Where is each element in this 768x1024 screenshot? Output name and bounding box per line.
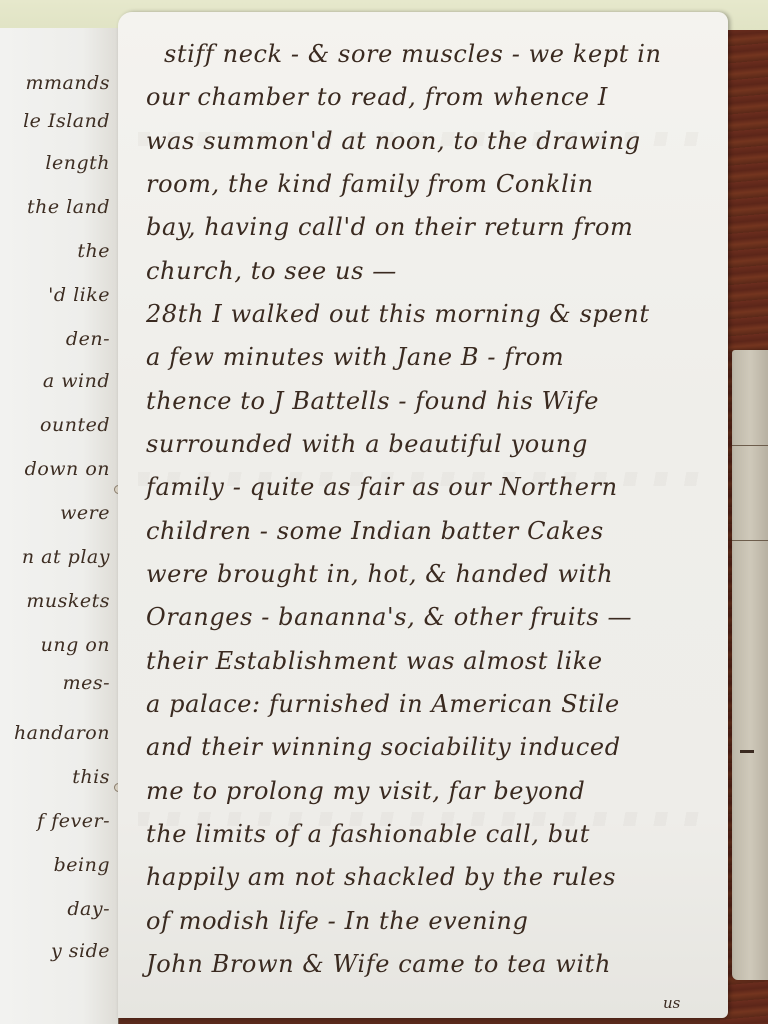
manuscript-line: Oranges - bananna's, & other fruits — — [146, 603, 632, 631]
manuscript-line: was summon'd at noon, to the drawing — [146, 127, 641, 155]
manuscript-line: church, to see us — — [146, 257, 397, 285]
manuscript-line: were brought in, hot, & handed with — [146, 560, 613, 588]
manuscript-line: family - quite as fair as our Northern — [146, 473, 618, 501]
left-line: y side — [51, 940, 110, 962]
loose-paper-fragment — [732, 350, 768, 980]
left-line: mes- — [63, 672, 110, 694]
manuscript-line: me to prolong my visit, far beyond — [146, 777, 585, 805]
left-line: the — [77, 240, 110, 262]
left-line: being — [54, 854, 110, 876]
left-line: ounted — [40, 414, 110, 436]
manuscript-line: their Establishment was almost like — [146, 647, 603, 675]
manuscript-line: bay, having call'd on their return from — [146, 213, 633, 241]
ink-spot — [740, 750, 754, 753]
tear-line — [732, 445, 768, 446]
manuscript-line: a few minutes with Jane B - from — [146, 343, 564, 371]
right-page: stiff neck - & sore muscles - we kept in… — [118, 12, 728, 1018]
catchword: us — [663, 994, 680, 1012]
left-line: day- — [67, 898, 110, 920]
manuscript-line: surrounded with a beautiful young — [146, 430, 588, 458]
manuscript-line-dated-entry: 28th I walked out this morning & spent — [146, 300, 650, 328]
left-line: muskets — [26, 590, 110, 612]
manuscript-line: the limits of a fashionable call, but — [146, 820, 590, 848]
left-line: handaron — [14, 722, 110, 744]
manuscript-line: John Brown & Wife came to tea with — [146, 950, 611, 978]
left-line: ung on — [41, 634, 110, 656]
left-line: le Island — [23, 110, 110, 132]
manuscript-line: thence to J Battells - found his Wife — [146, 387, 599, 415]
manuscript-line: of modish life - In the evening — [146, 907, 528, 935]
left-line: mmands — [25, 72, 110, 94]
manuscript-line: our chamber to read, from whence I — [146, 83, 608, 111]
left-line: were — [60, 502, 110, 524]
left-line: length — [45, 152, 110, 174]
manuscript-line: and their winning sociability induced — [146, 733, 621, 761]
left-line: a wind — [43, 370, 110, 392]
left-line: n at play — [22, 546, 110, 568]
manuscript-line: stiff neck - & sore muscles - we kept in — [164, 40, 662, 68]
left-line: the land — [27, 196, 110, 218]
manuscript-line: children - some Indian batter Cakes — [146, 517, 604, 545]
left-page: mmands le Island length the land the 'd … — [0, 28, 119, 1024]
left-line: down on — [25, 458, 110, 480]
left-line: den- — [66, 328, 110, 350]
manuscript-line: room, the kind family from Conklin — [146, 170, 594, 198]
tear-line — [732, 540, 768, 541]
manuscript-line: happily am not shackled by the rules — [146, 863, 616, 891]
left-line: this — [72, 766, 110, 788]
manuscript-line: a palace: furnished in American Stile — [146, 690, 620, 718]
left-line: 'd like — [48, 284, 110, 306]
left-line: f fever- — [37, 810, 110, 832]
